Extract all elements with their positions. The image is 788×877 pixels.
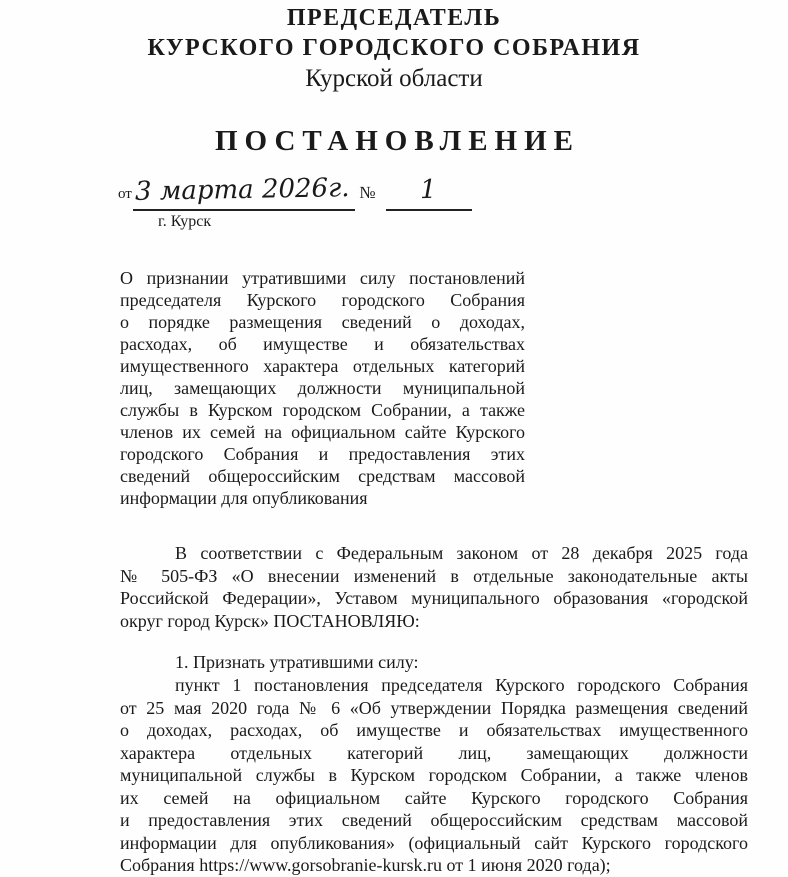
text-line: О признании утратившими силу постановлен… [120,267,525,289]
text-line: членов их семей на официальном сайте Кур… [120,421,525,443]
document-page: ПРЕДСЕДАТЕЛЬ КУРСКОГО ГОРОДСКОГО СОБРАНИ… [0,0,788,877]
date-from-label: от [118,186,132,202]
text-line: председателя Курского городского Собрани… [120,289,525,311]
issuer-organization: КУРСКОГО ГОРОДСКОГО СОБРАНИЯ [0,33,788,63]
number-handwritten-value: 1 [420,176,437,204]
text-line: их семей на официальном сайте Курского г… [120,787,748,810]
text-line: имущественного характера отдельных катег… [120,355,525,377]
letterhead: ПРЕДСЕДАТЕЛЬ КУРСКОГО ГОРОДСКОГО СОБРАНИ… [0,0,788,94]
text-line: и предоставления этих сведений общеросси… [120,809,748,832]
text-line: городского Собрания и предоставления эти… [120,443,525,465]
subject-paragraph: О признании утратившими силу постановлен… [120,267,525,509]
text-line: № 505-ФЗ «О внесении изменений в отдельн… [120,565,748,588]
date-handwritten-value: 3 марта 2026г. [135,174,350,206]
text-line: о порядке размещения сведений о доходах, [120,311,525,333]
text-line: Российской Федерации», Уставом муниципал… [120,587,748,610]
preamble-paragraph: В соответствии с Федеральным законом от … [120,542,748,632]
city-label: г. Курск [158,212,788,231]
issuer-title: ПРЕДСЕДАТЕЛЬ [0,3,788,33]
date-handwritten-field: 3 марта 2026г. [133,176,356,211]
item-1-heading: 1. Признать утратившими силу: [120,651,748,674]
text-line: В соответствии с Федеральным законом от … [120,542,748,565]
text-line: муниципальной службы в Курском городском… [120,764,748,787]
text-line: лиц, замещающих должности муниципальной [120,377,525,399]
text-line: информации для опубликования [120,487,525,509]
text-line: информации для опубликования» (официальн… [120,832,748,855]
text-line: сведений общероссийским средствам массов… [120,465,525,487]
item-1-paragraph: пункт 1 постановления председателя Курск… [120,674,748,877]
text-line: службы в Курском городском Собрании, а т… [120,399,525,421]
number-sign-label: № [359,183,375,202]
text-line: пункт 1 постановления председателя Курск… [120,674,748,697]
date-number-row: от3 марта 2026г.№1 [118,176,788,211]
text-line: расходах, об имуществе и обязательствах [120,333,525,355]
text-line: Собрания https://www.gorsobranie-kursk.r… [120,854,748,877]
text-line: о доходах, расходах, об имуществе и обяз… [120,719,748,742]
issuer-region: Курской области [0,63,788,94]
text-line: от 25 мая 2020 года № 6 «Об утверждении … [120,697,748,720]
text-line: округ город Курск» ПОСТАНОВЛЯЮ: [120,610,748,633]
text-line: характера отдельных категорий лиц, замещ… [120,742,748,765]
document-type-title: ПОСТАНОВЛЕНИЕ [0,123,788,159]
number-handwritten-field: 1 [386,176,472,211]
